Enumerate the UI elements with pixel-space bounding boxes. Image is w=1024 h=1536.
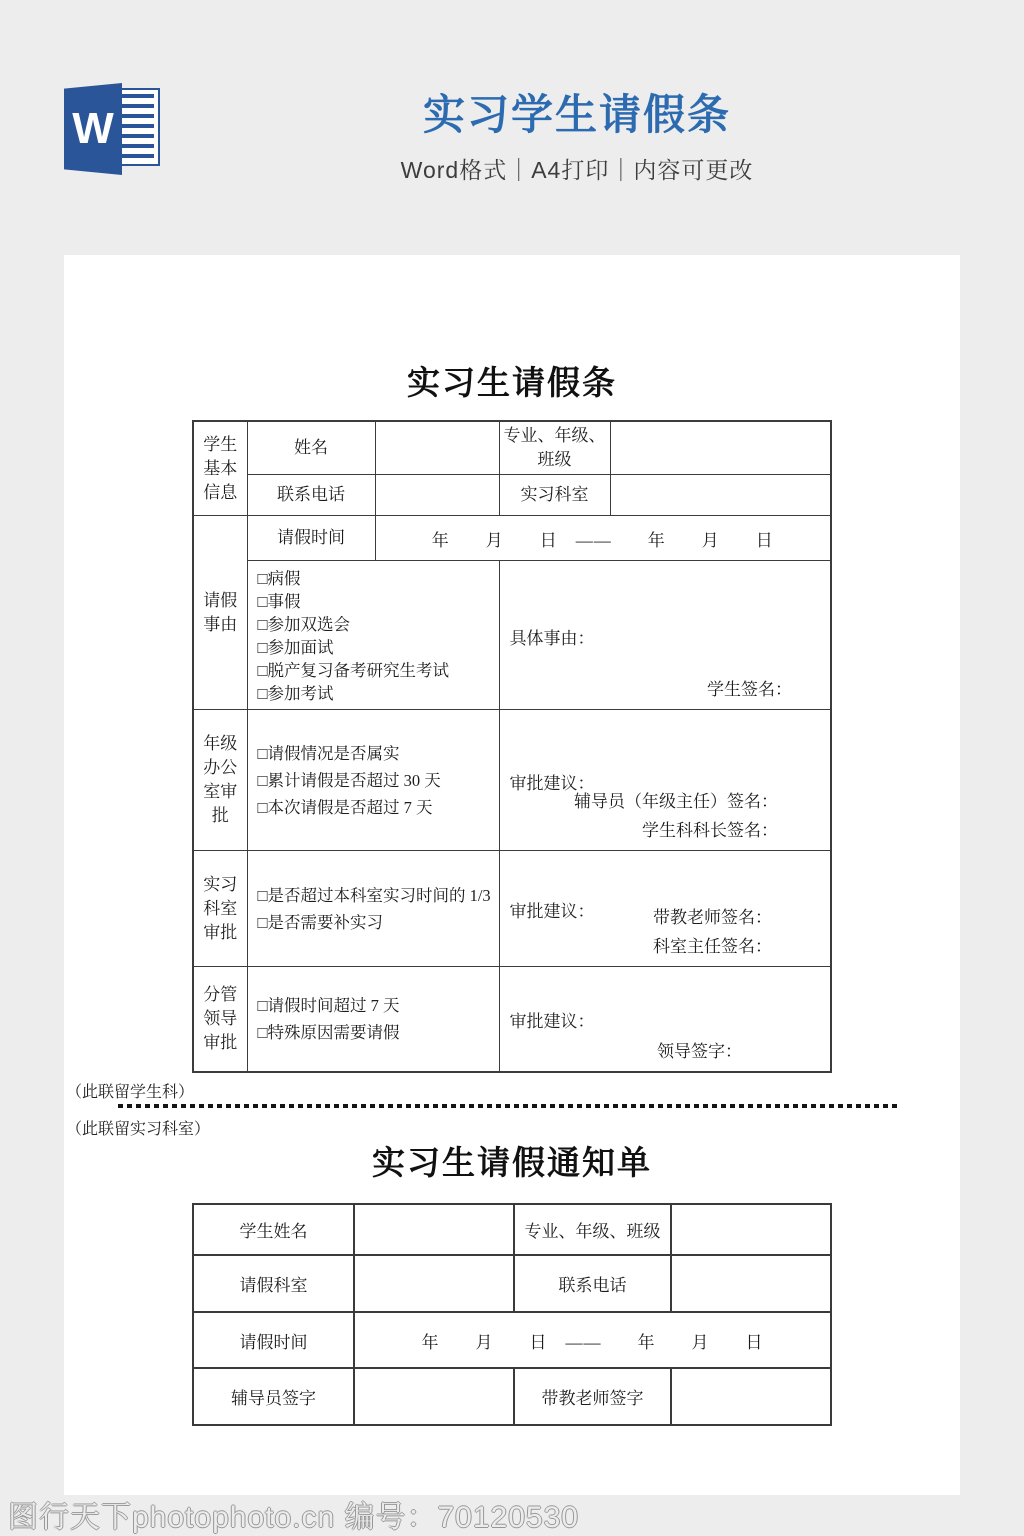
major-grade-class-value-cell (671, 1204, 831, 1255)
document-page: 实习生请假条 学生基本信息 姓名 专业、年级、班级 联系电话 实习科室 请假事由… (64, 255, 960, 1495)
name-label: 姓名 (247, 421, 375, 475)
name-value-cell (375, 421, 499, 475)
copy-note-internship-dept: （此联留实习科室） (66, 1116, 210, 1139)
advice-label: 审批建议： (500, 1004, 831, 1033)
checkbox-option: □是否需要补实习 (258, 909, 499, 936)
leave-time-value-cell: 年 月 日 —— 年 月 日 (354, 1312, 831, 1368)
word-logo-letter: W (72, 107, 114, 151)
grade-office-advice-cell: 审批建议： 辅导员（年级主任）签名： 学生科科长签名： (499, 710, 831, 851)
counselor-signature-line: 辅导员（年级主任）签名： (500, 787, 779, 816)
checkbox-icon: □ (258, 615, 268, 634)
table-row: 请假事由 请假时间 年 月 日 —— 年 月 日 (193, 516, 831, 561)
table-row: 年级办公室审批 □请假情况是否属实 □累计请假是否超过 30 天 □本次请假是否… (193, 710, 831, 851)
major-grade-class-value-cell (610, 421, 831, 475)
checkbox-option: □是否超过本科室实习时间的 1/3 (258, 882, 499, 909)
dept-director-signature-line: 科室主任签名： (500, 932, 773, 961)
phone-value-cell (671, 1255, 831, 1312)
checkbox-icon: □ (258, 592, 268, 611)
section-basic-info-label: 学生基本信息 (193, 421, 247, 516)
checkbox-icon: □ (258, 569, 268, 588)
leave-time-value-cell: 年 月 日 —— 年 月 日 (375, 516, 831, 561)
copy-note-student-section: （此联留学生科） (66, 1079, 194, 1102)
checkbox-icon: □ (258, 886, 268, 905)
checkbox-option: □脱产复习备考研究生考试 (258, 659, 499, 682)
checkbox-icon: □ (258, 798, 268, 817)
checkbox-option: □病假 (258, 567, 499, 590)
counselor-sign-value-cell (354, 1368, 514, 1425)
table-row: 联系电话 实习科室 (193, 475, 831, 516)
leave-dept-value-cell (354, 1255, 514, 1312)
section-leave-reason-label: 请假事由 (193, 516, 247, 710)
table-row: 请假时间 年 月 日 —— 年 月 日 (193, 1312, 831, 1368)
checkbox-icon: □ (258, 638, 268, 657)
table-row: 学生基本信息 姓名 专业、年级、班级 (193, 421, 831, 475)
leader-checkboxes: □请假时间超过 7 天 □特殊原因需要请假 (247, 967, 499, 1072)
signature-lines: 辅导员（年级主任）签名： 学生科科长签名： (500, 787, 831, 845)
header: 实习学生请假条 Word格式｜A4打印｜内容可更改 (130, 90, 1024, 185)
leave-time-label: 请假时间 (247, 516, 375, 561)
table-row: 实习科室审批 □是否超过本科室实习时间的 1/3 □是否需要补实习 审批建议： … (193, 851, 831, 967)
phone-label: 联系电话 (247, 475, 375, 516)
grade-office-checkboxes: □请假情况是否属实 □累计请假是否超过 30 天 □本次请假是否超过 7 天 (247, 710, 499, 851)
student-affairs-chief-signature-line: 学生科科长签名： (500, 816, 779, 845)
major-grade-class-label: 专业、年级、班级 (514, 1204, 671, 1255)
internship-dept-advice-cell: 审批建议： 带教老师签名： 科室主任签名： (499, 851, 831, 967)
form2-title: 实习生请假通知单 (64, 1137, 960, 1184)
table-row: □病假 □事假 □参加双选会 □参加面试 □脱产复习备考研究生考试 □参加考试 … (193, 561, 831, 710)
table-row: 辅导员签字 带教老师签字 (193, 1368, 831, 1425)
checkbox-option: □请假时间超过 7 天 (258, 992, 499, 1019)
leader-signature-line: 领导签字： (500, 1037, 831, 1066)
checkbox-option: □参加面试 (258, 636, 499, 659)
counselor-sign-label: 辅导员签字 (193, 1368, 354, 1425)
teacher-signature-line: 带教老师签名： (500, 903, 773, 932)
student-name-label: 学生姓名 (193, 1204, 354, 1255)
leave-form-table: 学生基本信息 姓名 专业、年级、班级 联系电话 实习科室 请假事由 请假时间 年… (192, 420, 832, 1073)
student-signature-line: 学生签名： (500, 675, 831, 704)
form1-title: 实习生请假条 (64, 357, 960, 404)
specific-reason-label: 具体事由： (500, 621, 831, 650)
checkbox-icon: □ (258, 913, 268, 932)
checkbox-option: □参加双选会 (258, 613, 499, 636)
student-name-value-cell (354, 1204, 514, 1255)
phone-value-cell (375, 475, 499, 516)
checkbox-option: □特殊原因需要请假 (258, 1019, 499, 1046)
checkbox-option: □参加考试 (258, 682, 499, 705)
checkbox-icon: □ (258, 744, 268, 763)
checkbox-icon: □ (258, 684, 268, 703)
section-internship-dept-label: 实习科室审批 (193, 851, 247, 967)
section-grade-office-label: 年级办公室审批 (193, 710, 247, 851)
checkbox-option: □累计请假是否超过 30 天 (258, 767, 499, 794)
checkbox-option: □本次请假是否超过 7 天 (258, 794, 499, 821)
leave-dept-label: 请假科室 (193, 1255, 354, 1312)
leave-reason-checkboxes: □病假 □事假 □参加双选会 □参加面试 □脱产复习备考研究生考试 □参加考试 (247, 561, 499, 710)
checkbox-option: □事假 (258, 590, 499, 613)
checkbox-icon: □ (258, 1023, 268, 1042)
word-w-icon: W (64, 82, 122, 176)
listing-title: 实习学生请假条 (130, 90, 1024, 140)
dotted-separator (118, 1104, 899, 1108)
leave-notice-table: 学生姓名 专业、年级、班级 请假科室 联系电话 请假时间 年 月 日 —— 年 … (192, 1203, 832, 1426)
major-grade-class-label: 专业、年级、班级 (499, 421, 610, 475)
table-row: 学生姓名 专业、年级、班级 (193, 1204, 831, 1255)
signature-lines: 带教老师签名： 科室主任签名： (500, 903, 831, 961)
table-row: 请假科室 联系电话 (193, 1255, 831, 1312)
listing-subtitle: Word格式｜A4打印｜内容可更改 (130, 152, 1024, 185)
teacher-sign-value-cell (671, 1368, 831, 1425)
checkbox-icon: □ (258, 771, 268, 790)
teacher-sign-label: 带教老师签字 (514, 1368, 671, 1425)
leave-time-label: 请假时间 (193, 1312, 354, 1368)
checkbox-option: □请假情况是否属实 (258, 740, 499, 767)
internship-dept-checkboxes: □是否超过本科室实习时间的 1/3 □是否需要补实习 (247, 851, 499, 967)
checkbox-icon: □ (258, 996, 268, 1015)
site-watermark: 图行天下photophoto.cn 编号：70120530 (8, 1492, 579, 1536)
section-leader-label: 分管领导审批 (193, 967, 247, 1072)
checkbox-icon: □ (258, 661, 268, 680)
phone-label: 联系电话 (514, 1255, 671, 1312)
internship-dept-label: 实习科室 (499, 475, 610, 516)
internship-dept-value-cell (610, 475, 831, 516)
specific-reason-cell: 具体事由： 学生签名： (499, 561, 831, 710)
table-row: 分管领导审批 □请假时间超过 7 天 □特殊原因需要请假 审批建议： 领导签字： (193, 967, 831, 1072)
leader-advice-cell: 审批建议： 领导签字： (499, 967, 831, 1072)
